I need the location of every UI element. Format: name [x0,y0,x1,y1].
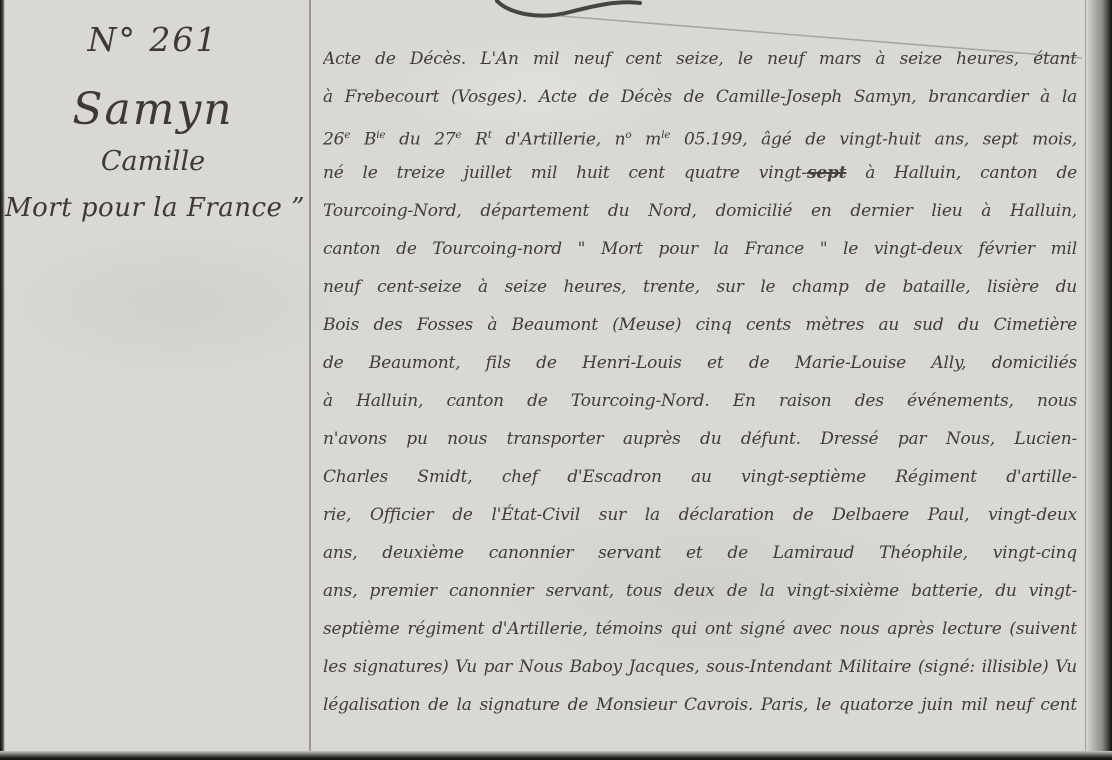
act-line: ans, deuxième canonnier servant et de La… [323,534,1077,572]
act-line: Charles Smidt, chef d'Escadron au vingt-… [323,458,1077,496]
act-line: n'avons pu nous transporter auprès du dé… [323,420,1077,458]
act-number: N° 261 [5,20,301,59]
deceased-surname: Samyn [5,84,301,135]
act-line: légalisation de la signature de Monsieur… [323,686,1077,724]
act-lines: Acte de Décès. L'An mil neuf cent seize,… [323,40,1077,724]
page-left-edge [0,0,5,760]
margin-rule [309,0,311,751]
act-line: à Halluin, canton de Tourcoing-Nord. En … [323,382,1077,420]
act-line: Bois des Fosses à Beaumont (Meuse) cinq … [323,306,1077,344]
register-margin-column: N° 261 Samyn Camille Mort pour la France… [5,0,309,751]
act-line: Tourcoing-Nord, département du Nord, dom… [323,192,1077,230]
deceased-firstname: Camille [5,146,301,177]
act-text-column: Acte de Décès. L'An mil neuf cent seize,… [313,0,1085,751]
mort-pour-la-france-mention: Mort pour la France ” [5,193,301,223]
act-line: septième régiment d'Artillerie, témoins … [323,610,1077,648]
page-bottom-edge [0,751,1112,760]
act-line: les signatures) Vu par Nous Baboy Jacque… [323,648,1077,686]
page-binding-gutter [1085,0,1112,760]
act-line: neuf cent-seize à seize heures, trente, … [323,268,1077,306]
act-line: né le treize juillet mil huit cent quatr… [323,154,1077,192]
act-line: canton de Tourcoing-nord " Mort pour la … [323,230,1077,268]
act-line: Acte de Décès. L'An mil neuf cent seize,… [323,40,1077,78]
death-register-page: N° 261 Samyn Camille Mort pour la France… [0,0,1112,760]
act-line: de Beaumont, fils de Henri-Louis et de M… [323,344,1077,382]
act-line: 26e Bie du 27e Rt d'Artillerie, no mle 0… [323,116,1077,154]
act-line: à Frebecourt (Vosges). Acte de Décès de … [323,78,1077,116]
act-line: ans, premier canonnier servant, tous deu… [323,572,1077,610]
act-line: rie, Officier de l'État-Civil sur la déc… [323,496,1077,534]
